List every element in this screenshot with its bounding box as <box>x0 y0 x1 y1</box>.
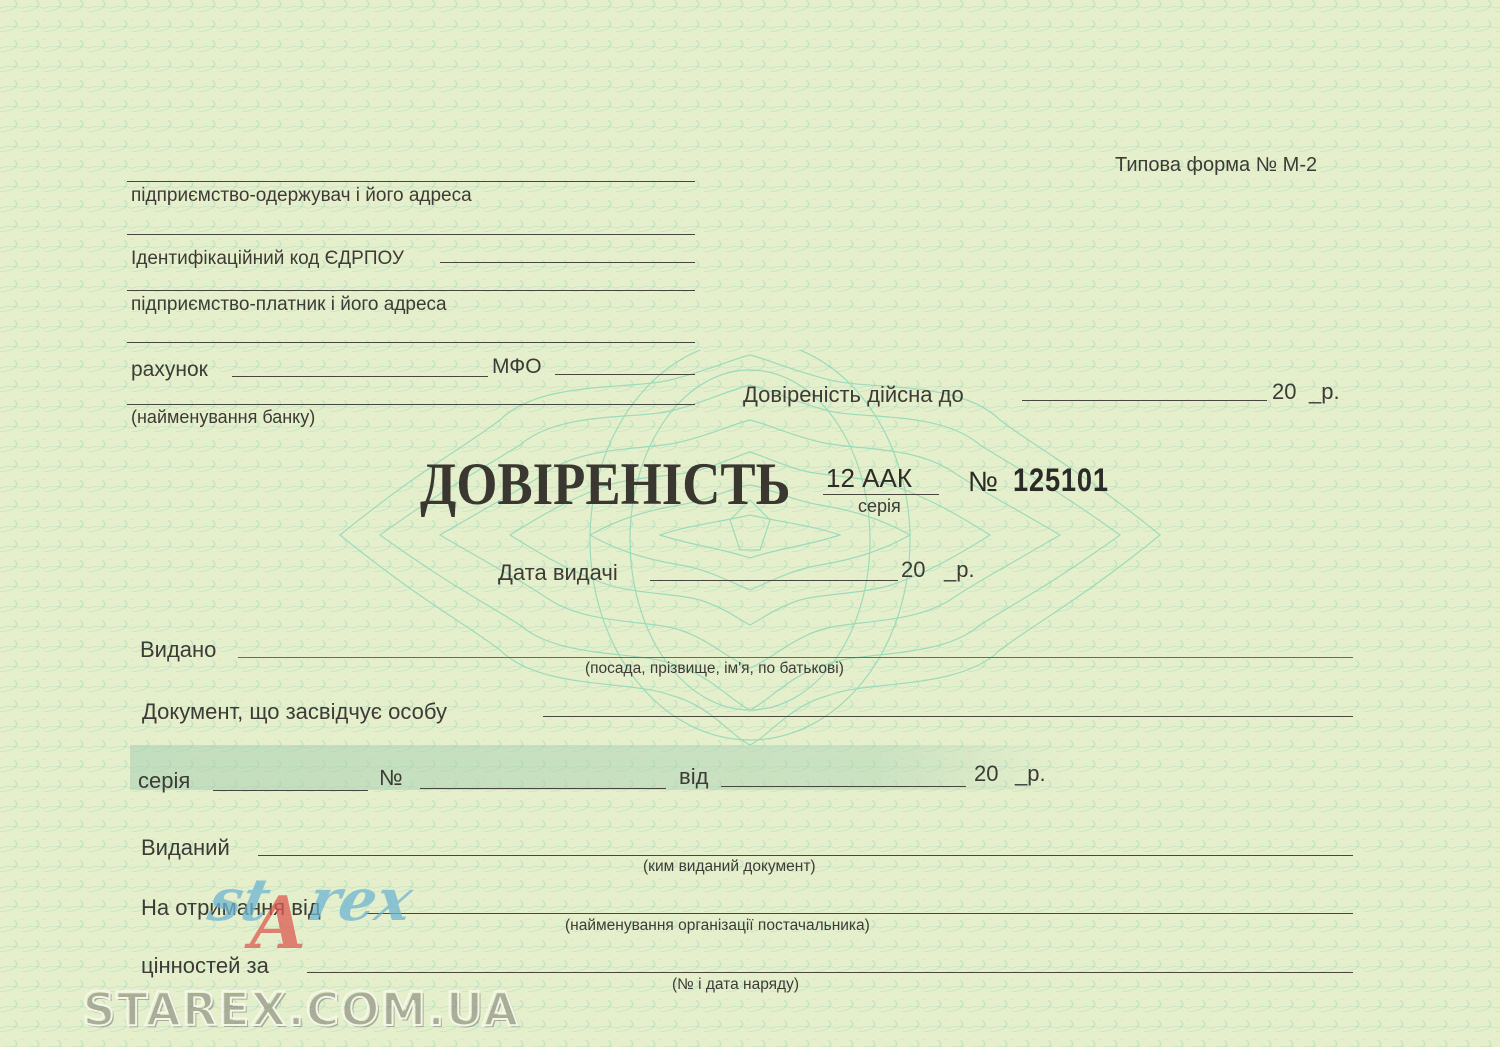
validity-date-field[interactable] <box>1022 400 1267 401</box>
series-value: 12 ААК <box>826 463 912 494</box>
doc-from-label: від <box>679 764 708 790</box>
payer-field[interactable] <box>127 290 695 291</box>
values-for-field[interactable] <box>307 972 1353 973</box>
series-caption: серія <box>858 496 901 517</box>
series-underline <box>823 494 939 495</box>
doc-date-field[interactable] <box>721 786 966 787</box>
receive-from-caption: (найменування організації постачальника) <box>565 917 870 935</box>
doc-series-label: серія <box>138 768 190 794</box>
payer-caption: підприємство-платник і його адреса <box>131 294 447 316</box>
guilloche-rosette <box>330 350 1170 750</box>
edrpou-label: Ідентифікаційний код ЄДРПОУ <box>131 248 404 270</box>
doc-number-label: № <box>379 765 403 791</box>
doc-series-field[interactable] <box>213 790 368 791</box>
doc-year-prefix: 20 <box>974 761 998 787</box>
doc-year-suffix: _р. <box>1015 761 1046 787</box>
issued-to-field[interactable] <box>238 657 1353 658</box>
account-field[interactable] <box>232 376 488 377</box>
highlight-band <box>130 745 1065 790</box>
recipient-field[interactable] <box>127 181 695 182</box>
recipient-address-field[interactable] <box>127 234 695 235</box>
mfo-label: МФО <box>492 355 542 379</box>
starex-logo-script: strex <box>203 866 419 934</box>
values-for-caption: (№ і дата наряду) <box>672 976 799 994</box>
starex-logo-letter: A <box>250 880 306 965</box>
mfo-field[interactable] <box>555 374 695 375</box>
bank-caption: (найменування банку) <box>131 407 315 428</box>
issue-year-suffix: _р. <box>944 557 975 583</box>
validity-year-suffix: _р. <box>1309 379 1340 405</box>
payer-address-field[interactable] <box>127 342 695 343</box>
logo-script-tail: rex <box>302 866 419 934</box>
issued-to-caption: (посада, прізвище, ім'я, по батькові) <box>585 660 844 678</box>
validity-year-prefix: 20 <box>1272 379 1296 405</box>
issued-by-label: Виданий <box>141 835 230 861</box>
document-title: ДОВІРЕНІСТЬ <box>420 450 791 519</box>
doc-number-field[interactable] <box>420 788 666 789</box>
form-type-label: Типова форма № М-2 <box>1115 154 1317 177</box>
document-number: 125101 <box>1013 462 1109 499</box>
issue-year-prefix: 20 <box>901 557 925 583</box>
issue-date-label: Дата видачі <box>498 560 618 586</box>
bank-field[interactable] <box>127 404 695 405</box>
receive-from-field[interactable] <box>366 913 1353 914</box>
issued-by-field[interactable] <box>258 855 1353 856</box>
site-watermark: STAREX.COM.UA <box>82 982 519 1036</box>
edrpou-field[interactable] <box>440 262 695 263</box>
issued-to-label: Видано <box>140 637 216 663</box>
issued-by-caption: (ким виданий документ) <box>643 858 816 876</box>
number-sign: № <box>968 466 999 498</box>
account-label: рахунок <box>131 358 208 382</box>
issue-date-field[interactable] <box>650 580 898 581</box>
id-document-label: Документ, що засвідчує особу <box>142 699 447 725</box>
id-document-field[interactable] <box>543 716 1353 717</box>
validity-label: Довіреність дійсна до <box>743 382 964 408</box>
recipient-caption: підприємство-одержувач і його адреса <box>131 185 472 207</box>
